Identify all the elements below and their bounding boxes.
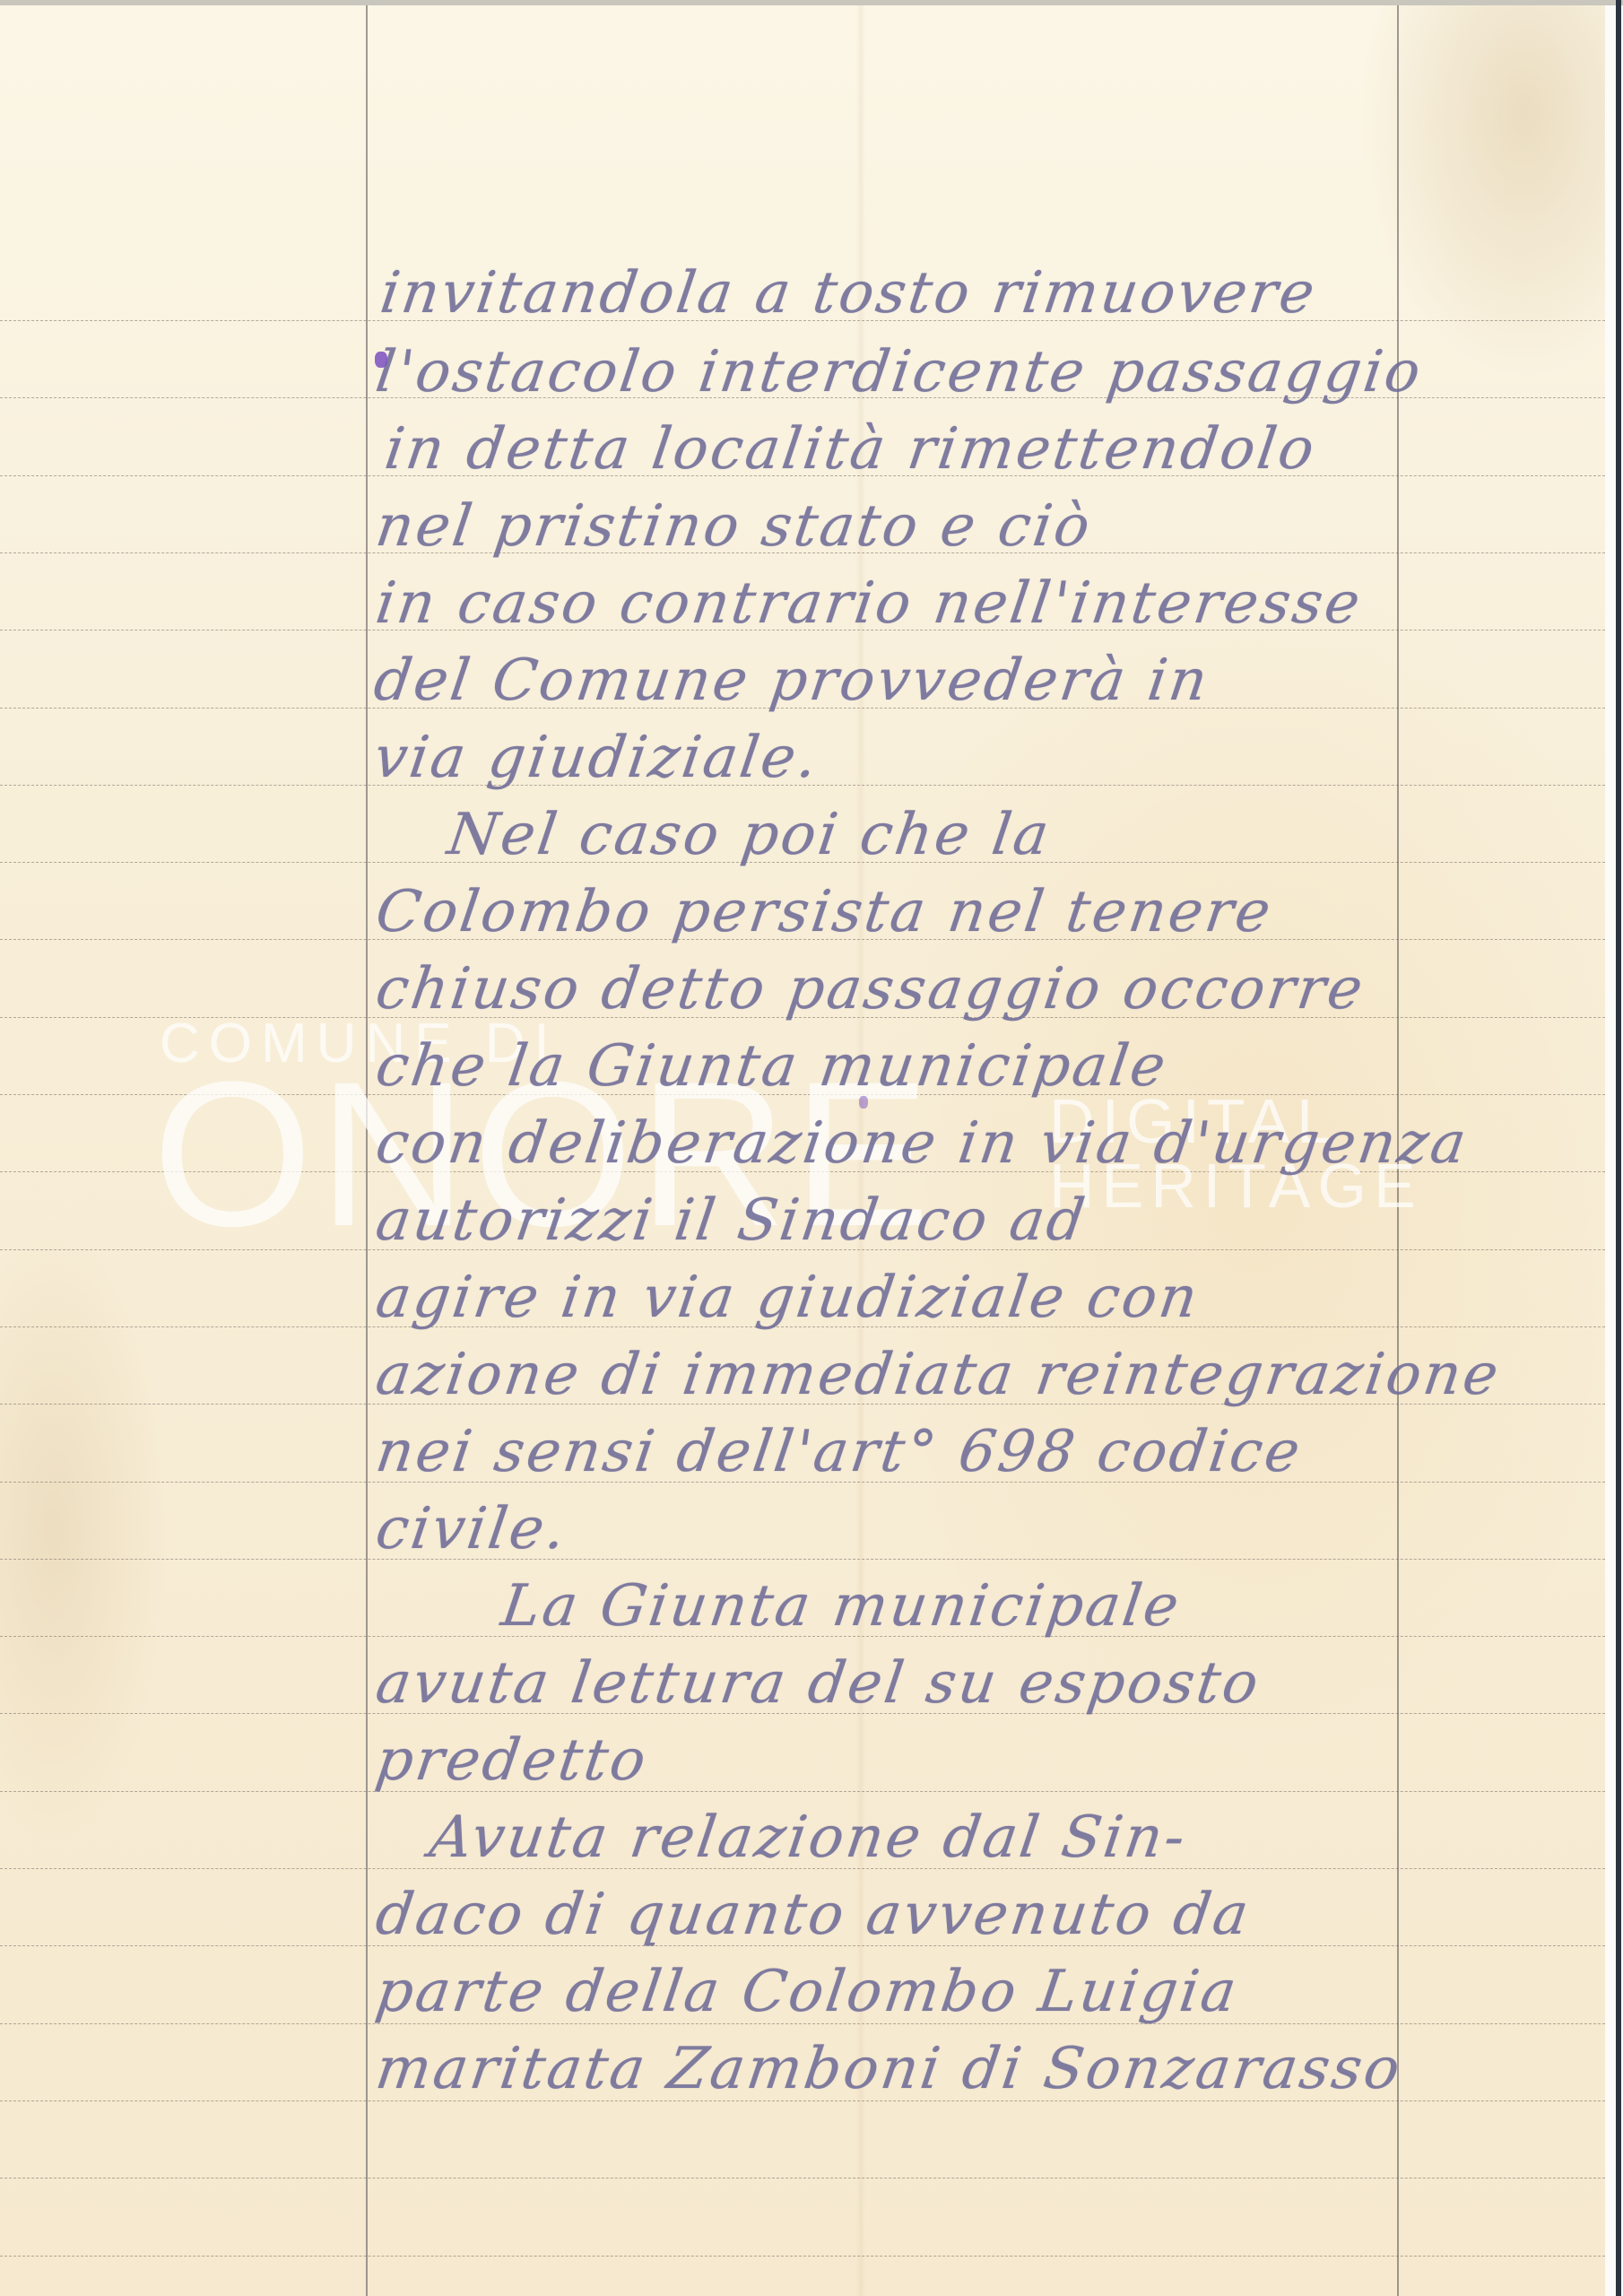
text-line: nel pristino stato e ciò — [372, 493, 1097, 560]
text-line: in detta località rimettendolo — [381, 416, 1321, 483]
text-line: parte della Colombo Luigia — [372, 1959, 1243, 2025]
text-line: in caso contrario nell'interesse — [372, 570, 1367, 637]
text-line: che la Giunta municipale — [372, 1033, 1172, 1100]
text-line: del Comune provvederà in — [370, 648, 1214, 714]
scan-right-edge — [1616, 0, 1621, 2296]
ruled-line — [0, 2256, 1605, 2257]
text-line: agire in via giudiziale con — [372, 1265, 1204, 1331]
ink-spot — [375, 352, 387, 368]
text-line: daco di quanto avvenuto da — [372, 1882, 1255, 1948]
text-line: nei sensi dell'art° 698 codice — [372, 1419, 1306, 1485]
text-line: autorizzi il Sindaco ad — [372, 1187, 1091, 1254]
ink-spot — [859, 1096, 868, 1109]
text-line: azione di immediata reintegrazione — [372, 1342, 1505, 1408]
text-line: maritata Zamboni di Sonzarasso — [372, 2036, 1406, 2102]
ruled-line — [0, 1559, 1605, 1560]
text-line: avuta lettura del su esposto — [372, 1650, 1265, 1717]
text-line: con deliberazione in via d'urgenza — [372, 1110, 1472, 1177]
ruled-line — [0, 2178, 1605, 2179]
text-line: via giudiziale. — [370, 725, 824, 791]
text-line: chiuso detto passaggio occorre — [372, 956, 1369, 1022]
text-line: Avuta relazione dal Sin- — [426, 1805, 1192, 1871]
ruled-line — [0, 1791, 1605, 1792]
text-line: Colombo persista nel tenere — [372, 879, 1277, 945]
text-line: La Giunta municipale — [498, 1573, 1185, 1639]
scan-top-edge — [0, 0, 1623, 5]
text-line: civile. — [372, 1496, 572, 1562]
text-line: predetto — [372, 1727, 653, 1794]
left-margin-line — [366, 5, 368, 2296]
text-line: l'ostacolo interdicente passaggio — [372, 339, 1428, 405]
text-line: invitandola a tosto rimuovere — [377, 260, 1321, 326]
text-line: Nel caso poi che la — [444, 802, 1055, 868]
